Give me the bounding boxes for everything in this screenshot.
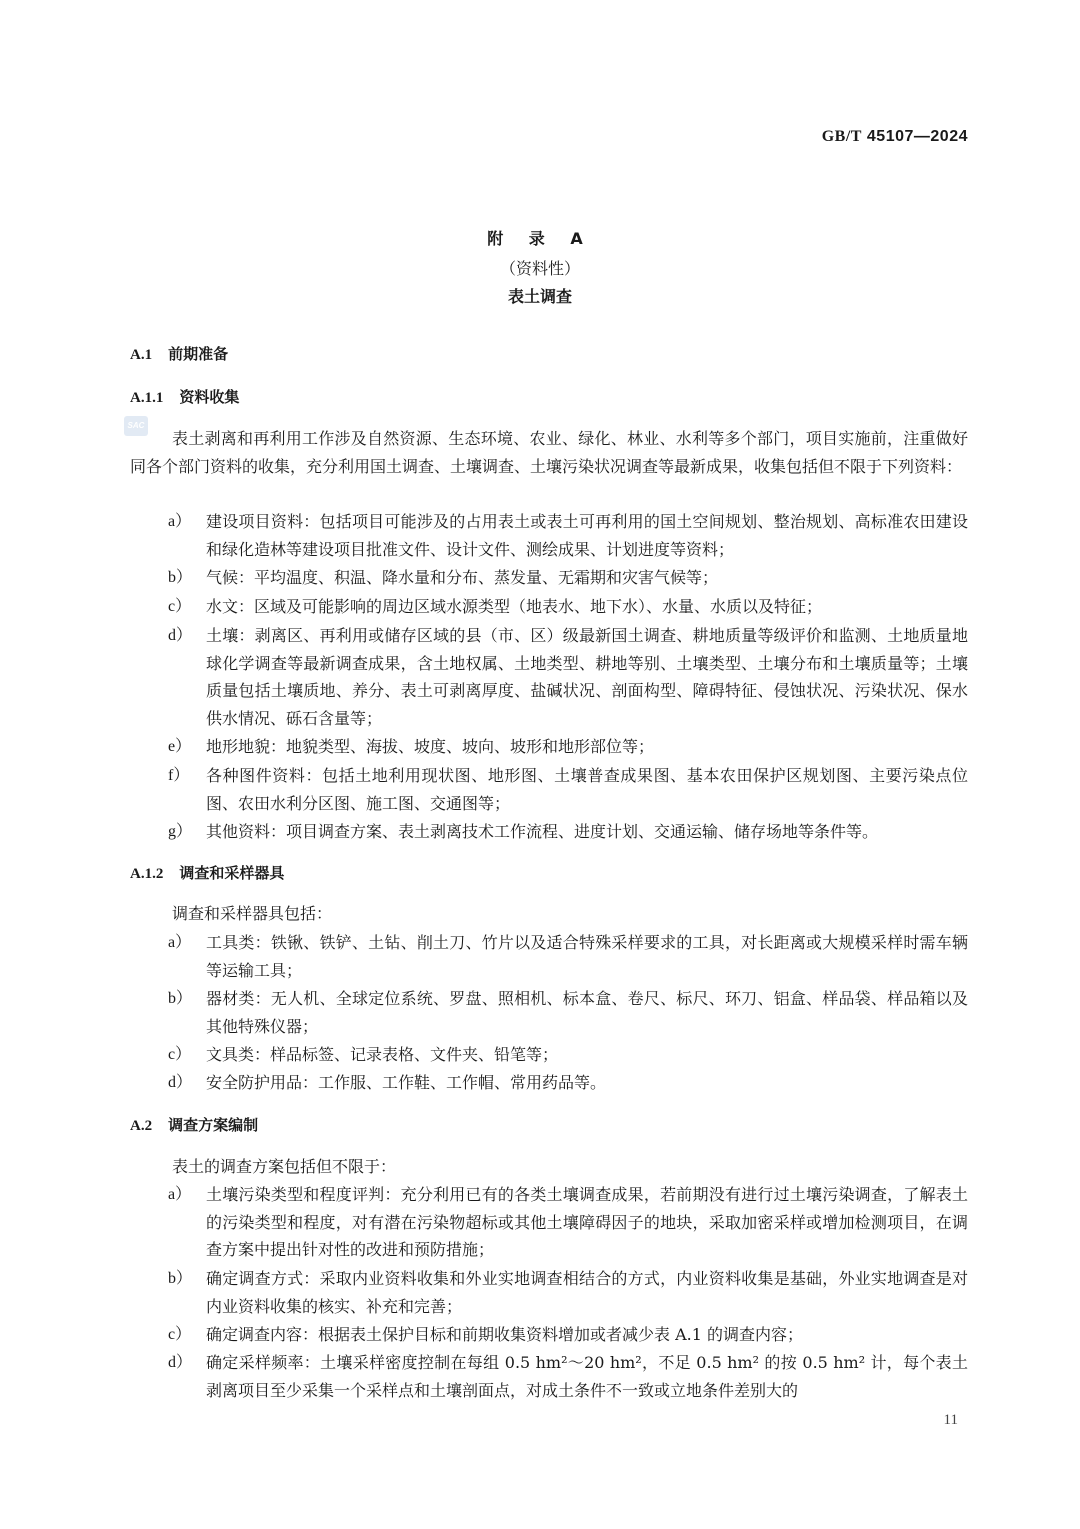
list-text: 各种图件资料：包括土地利用现状图、地形图、土壤普查成果图、基本农田保护区规划图、… xyxy=(206,762,968,817)
list-marker: b） xyxy=(168,564,204,592)
list-text: 其他资料：项目调查方案、表土剥离技术工作流程、进度计划、交通运输、储存场地等条件… xyxy=(206,818,968,846)
section-number: A.1 xyxy=(130,347,152,364)
list-item: b） 器材类：无人机、全球定位系统、罗盘、照相机、标本盒、卷尺、标尺、环刀、铝盒… xyxy=(168,985,968,1040)
list-marker: a） xyxy=(168,929,204,957)
section-heading-a2: A.2调查方案编制 xyxy=(130,1114,258,1135)
list-text: 安全防护用品：工作服、工作鞋、工作帽、常用药品等。 xyxy=(206,1069,968,1097)
section-heading-a12: A.1.2调查和采样器具 xyxy=(130,862,284,883)
list-text: 工具类：铁锹、铁铲、土钻、削土刀、竹片以及适合特殊采样要求的工具，对长距离或大规… xyxy=(206,929,968,984)
list-marker: e） xyxy=(168,733,204,761)
section-heading-a11: A.1.1资料收集 xyxy=(130,386,239,407)
list-marker: f） xyxy=(168,762,204,790)
standard-code: GB/T 45107—2024 xyxy=(822,128,968,146)
section-number: A.1.1 xyxy=(130,390,163,407)
list-text: 土壤：剥离区、再利用或储存区域的县（市、区）级最新国土调查、耕地质量等级评价和监… xyxy=(206,622,968,732)
appendix-title: 附 录 A xyxy=(0,226,1080,249)
list-marker: c） xyxy=(168,593,204,621)
section-number: A.2 xyxy=(130,1118,152,1135)
list-text: 水文：区域及可能影响的周边区域水源类型（地表水、地下水）、水量、水质以及特征； xyxy=(206,593,968,621)
list-item: a） 建设项目资料：包括项目可能涉及的占用表土或表土可再利用的国土空间规划、整治… xyxy=(168,508,968,563)
list-item: b） 确定调查方式：采取内业资料收集和外业实地调查相结合的方式，内业资料收集是基… xyxy=(168,1265,968,1320)
list-marker: a） xyxy=(168,1181,204,1209)
list-marker: c） xyxy=(168,1041,204,1069)
list-marker: g） xyxy=(168,818,204,846)
list-item: a） 工具类：铁锹、铁铲、土钻、削土刀、竹片以及适合特殊采样要求的工具，对长距离… xyxy=(168,929,968,984)
list-text: 土壤污染类型和程度评判：充分利用已有的各类土壤调查成果，若前期没有进行过土壤污染… xyxy=(206,1181,968,1264)
list-marker: d） xyxy=(168,1349,204,1377)
list-text: 器材类：无人机、全球定位系统、罗盘、照相机、标本盒、卷尺、标尺、环刀、铝盒、样品… xyxy=(206,985,968,1040)
list-text: 气候：平均温度、积温、降水量和分布、蒸发量、无霜期和灾害气候等； xyxy=(206,564,968,592)
list-text: 建设项目资料：包括项目可能涉及的占用表土或表土可再利用的国土空间规划、整治规划、… xyxy=(206,508,968,563)
list-text: 确定调查内容：根据表土保护目标和前期收集资料增加或者减少表 A.1 的调查内容； xyxy=(206,1321,968,1349)
section-title: 调查方案编制 xyxy=(168,1116,258,1134)
list-item: d） 安全防护用品：工作服、工作鞋、工作帽、常用药品等。 xyxy=(168,1069,968,1097)
appendix-type: （资料性） xyxy=(0,256,1080,279)
section-title: 调查和采样器具 xyxy=(179,864,284,882)
list-marker: d） xyxy=(168,622,204,650)
list-item: c） 确定调查内容：根据表土保护目标和前期收集资料增加或者减少表 A.1 的调查… xyxy=(168,1321,968,1349)
section-heading-a1: A.1前期准备 xyxy=(130,343,228,364)
page-number: 11 xyxy=(944,1412,958,1429)
list-marker: c） xyxy=(168,1321,204,1349)
list-item: g） 其他资料：项目调查方案、表土剥离技术工作流程、进度计划、交通运输、储存场地… xyxy=(168,818,968,846)
list-item: e） 地形地貌：地貌类型、海拔、坡度、坡向、坡形和地形部位等； xyxy=(168,733,968,761)
list-item: f） 各种图件资料：包括土地利用现状图、地形图、土壤普查成果图、基本农田保护区规… xyxy=(168,762,968,817)
section-title: 资料收集 xyxy=(179,388,239,406)
list-text: 确定采样频率：土壤采样密度控制在每组 0.5 hm²～20 hm²，不足 0.5… xyxy=(206,1349,968,1404)
list-marker: b） xyxy=(168,985,204,1013)
standard-number: 45107—2024 xyxy=(867,128,968,145)
paragraph-intro: 表土的调查方案包括但不限于： xyxy=(172,1153,396,1181)
section-number: A.1.2 xyxy=(130,866,163,883)
list-item: d） 确定采样频率：土壤采样密度控制在每组 0.5 hm²～20 hm²，不足 … xyxy=(168,1349,968,1404)
list-item: d） 土壤：剥离区、再利用或储存区域的县（市、区）级最新国土调查、耕地质量等级评… xyxy=(168,622,968,732)
list-item: b） 气候：平均温度、积温、降水量和分布、蒸发量、无霜期和灾害气候等； xyxy=(168,564,968,592)
paragraph-intro: 调查和采样器具包括： xyxy=(172,900,332,928)
list-marker: d） xyxy=(168,1069,204,1097)
list-marker: b） xyxy=(168,1265,204,1293)
list-text: 确定调查方式：采取内业资料收集和外业实地调查相结合的方式，内业资料收集是基础，外… xyxy=(206,1265,968,1320)
list-text: 地形地貌：地貌类型、海拔、坡度、坡向、坡形和地形部位等； xyxy=(206,733,968,761)
list-item: a） 土壤污染类型和程度评判：充分利用已有的各类土壤调查成果，若前期没有进行过土… xyxy=(168,1181,968,1264)
paragraph-intro: 表土剥离和再利用工作涉及自然资源、生态环境、农业、绿化、林业、水利等多个部门，项… xyxy=(130,425,968,480)
section-title: 前期准备 xyxy=(168,345,228,363)
appendix-subject: 表土调查 xyxy=(0,284,1080,307)
list-marker: a） xyxy=(168,508,204,536)
list-item: c） 文具类：样品标签、记录表格、文件夹、铅笔等； xyxy=(168,1041,968,1069)
standard-prefix: GB/T xyxy=(822,128,862,145)
list-text: 文具类：样品标签、记录表格、文件夹、铅笔等； xyxy=(206,1041,968,1069)
list-item: c） 水文：区域及可能影响的周边区域水源类型（地表水、地下水）、水量、水质以及特… xyxy=(168,593,968,621)
